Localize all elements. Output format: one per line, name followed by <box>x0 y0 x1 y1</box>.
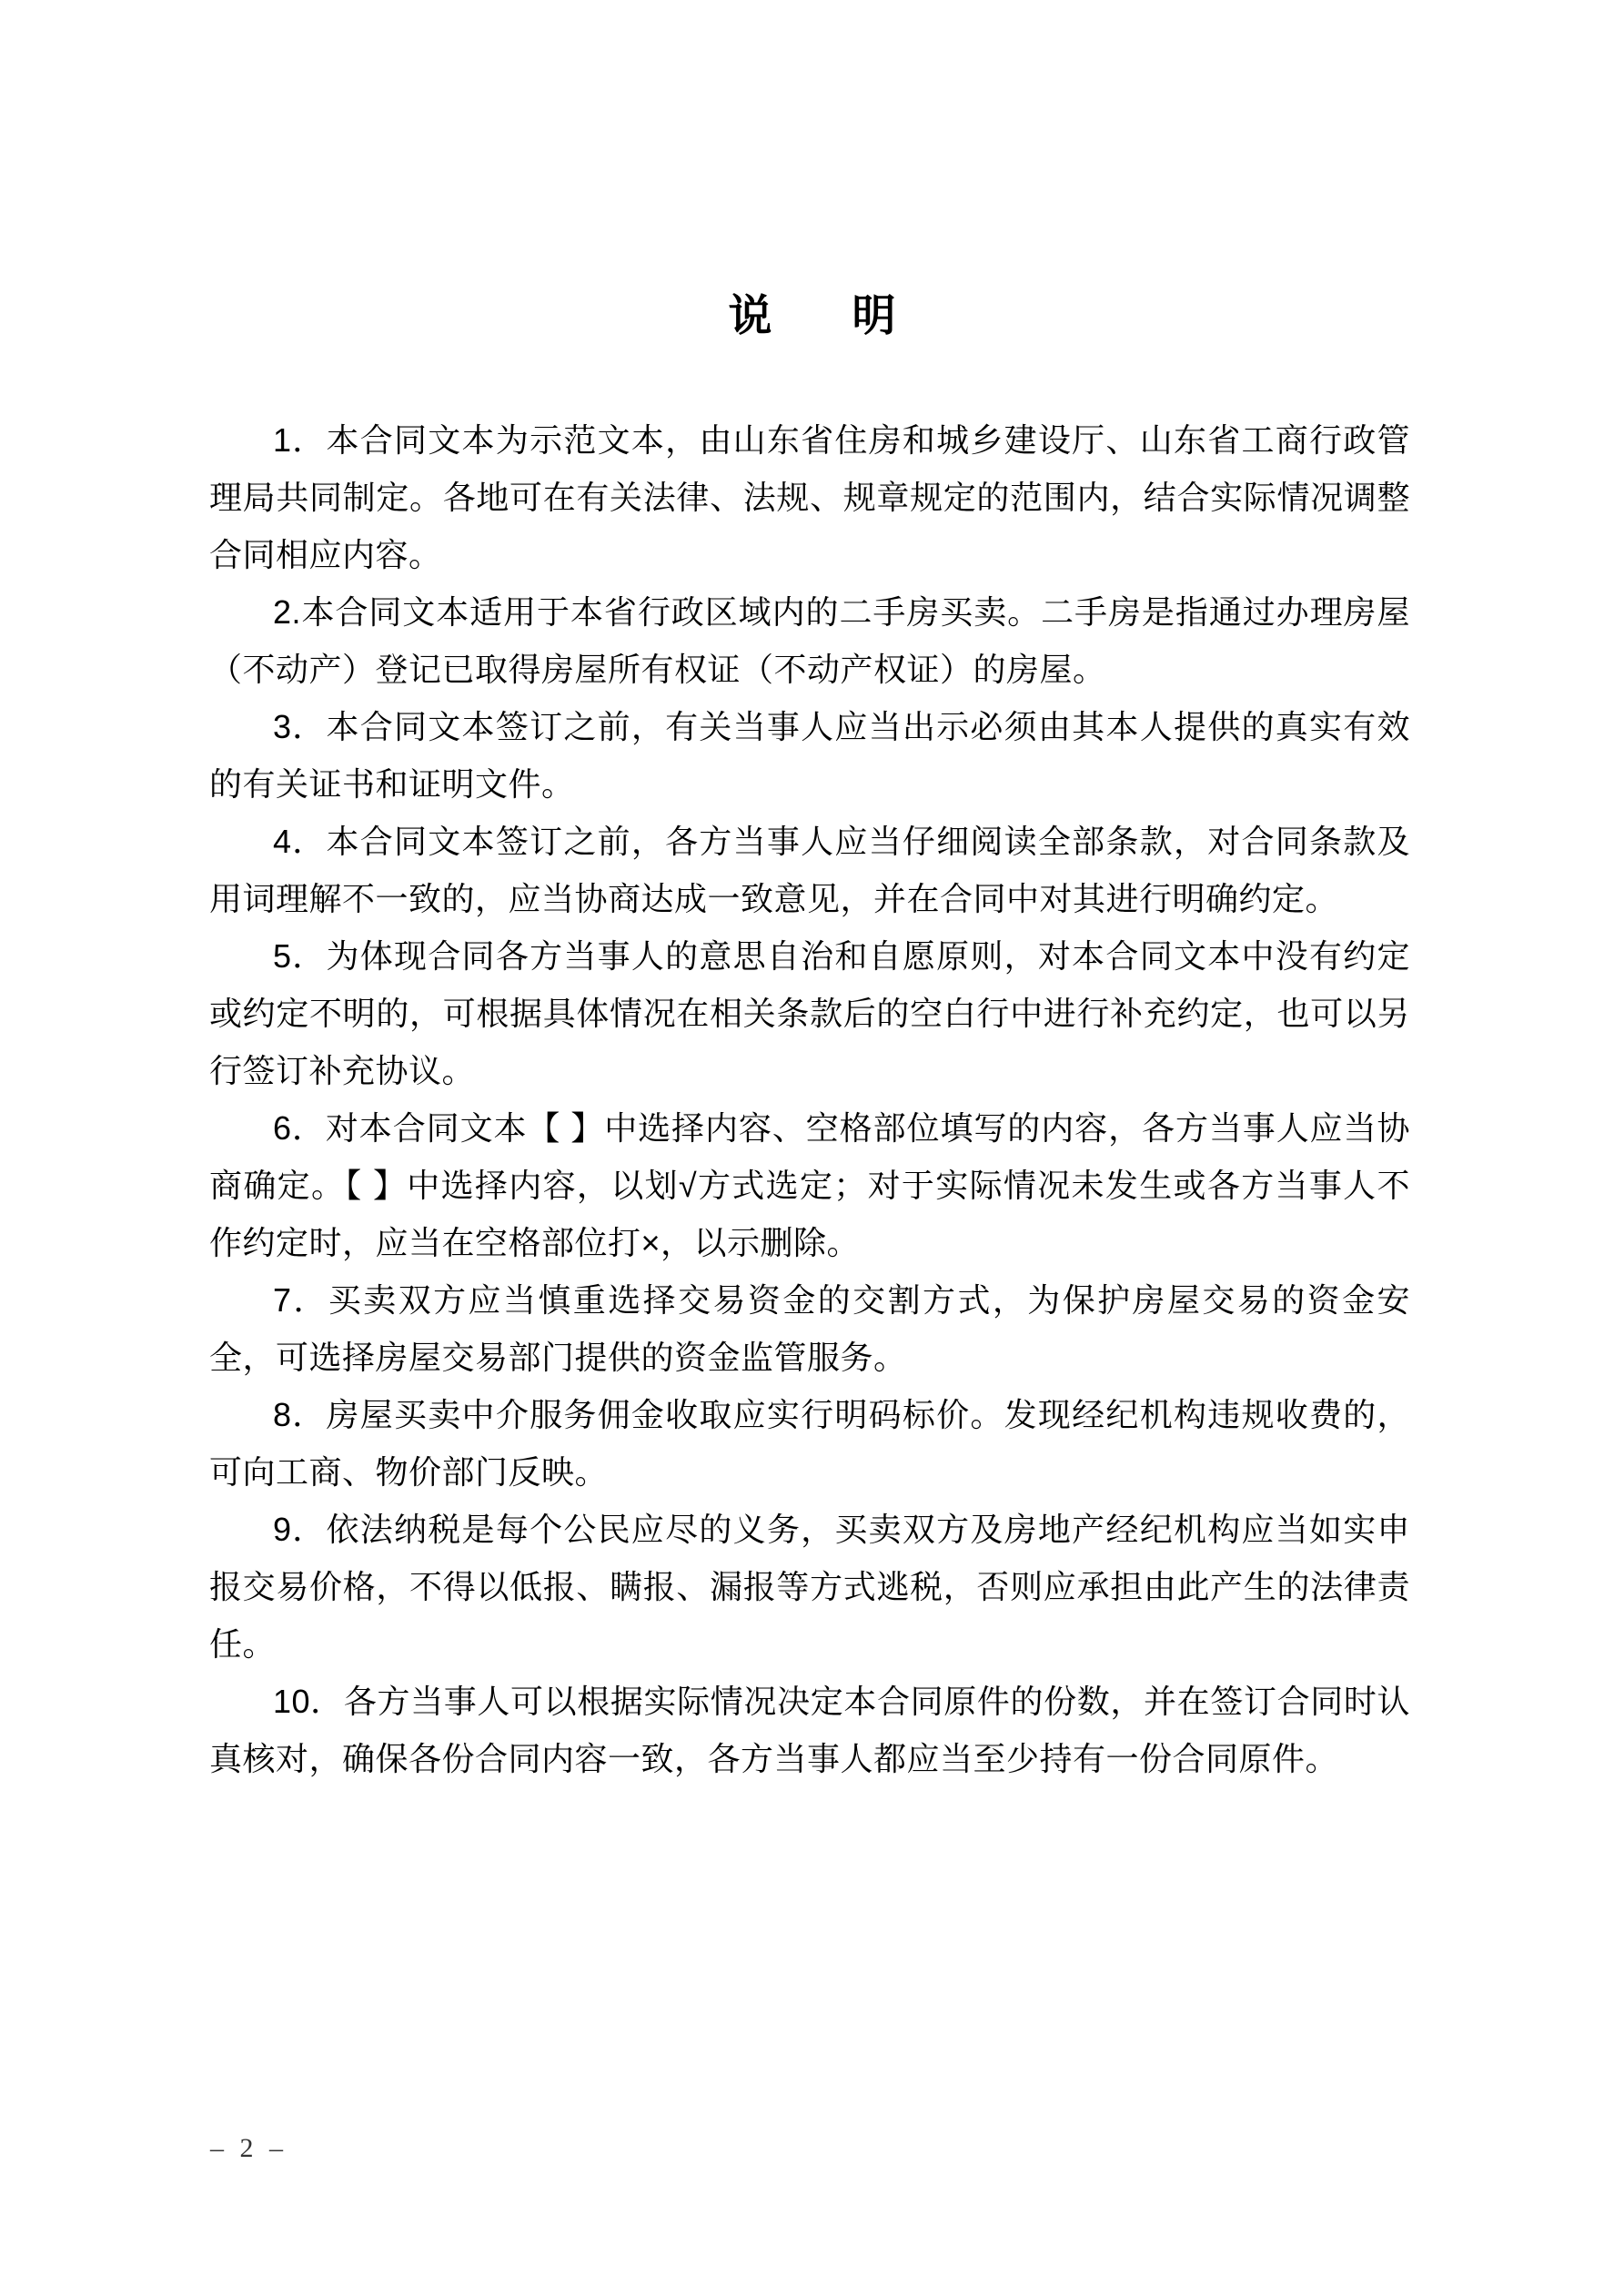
document-title: 说 明 <box>0 293 1624 340</box>
note-paragraph-9: 9．依法纳税是每个公民应尽的义务，买卖双方及房地产经纪机构应当如实申报交易价格，… <box>209 1501 1410 1673</box>
document-page: 说 明 1．本合同文本为示范文本，由山东省住房和城乡建设厅、山东省工商行政管理局… <box>0 0 1624 2296</box>
title-char-1: 说 <box>728 293 772 340</box>
note-paragraph-4: 4．本合同文本签订之前，各方当事人应当仔细阅读全部条款，对合同条款及用词理解不一… <box>209 813 1410 927</box>
note-paragraph-8: 8．房屋买卖中介服务佣金收取应实行明码标价。发现经纪机构违规收费的，可向工商、物… <box>209 1386 1410 1501</box>
note-paragraph-10: 10．各方当事人可以根据实际情况决定本合同原件的份数，并在签订合同时认真核对，确… <box>209 1673 1410 1787</box>
note-paragraph-3: 3．本合同文本签订之前，有关当事人应当出示必须由其本人提供的真实有效的有关证书和… <box>209 698 1410 813</box>
note-paragraph-2: 2.本合同文本适用于本省行政区域内的二手房买卖。二手房是指通过办理房屋（不动产）… <box>209 583 1410 698</box>
document-body: 1．本合同文本为示范文本，由山东省住房和城乡建设厅、山东省工商行政管理局共同制定… <box>209 411 1410 1787</box>
note-paragraph-7: 7．买卖双方应当慎重选择交易资金的交割方式，为保护房屋交易的资金安全，可选择房屋… <box>209 1271 1410 1386</box>
note-paragraph-5: 5．为体现合同各方当事人的意思自治和自愿原则，对本合同文本中没有约定或约定不明的… <box>209 927 1410 1099</box>
note-paragraph-6: 6．对本合同文本【 】中选择内容、空格部位填写的内容，各方当事人应当协商确定。【… <box>209 1099 1410 1271</box>
page-number: – 2 – <box>210 2133 287 2164</box>
title-char-2: 明 <box>852 293 896 340</box>
note-paragraph-1: 1．本合同文本为示范文本，由山东省住房和城乡建设厅、山东省工商行政管理局共同制定… <box>209 411 1410 583</box>
